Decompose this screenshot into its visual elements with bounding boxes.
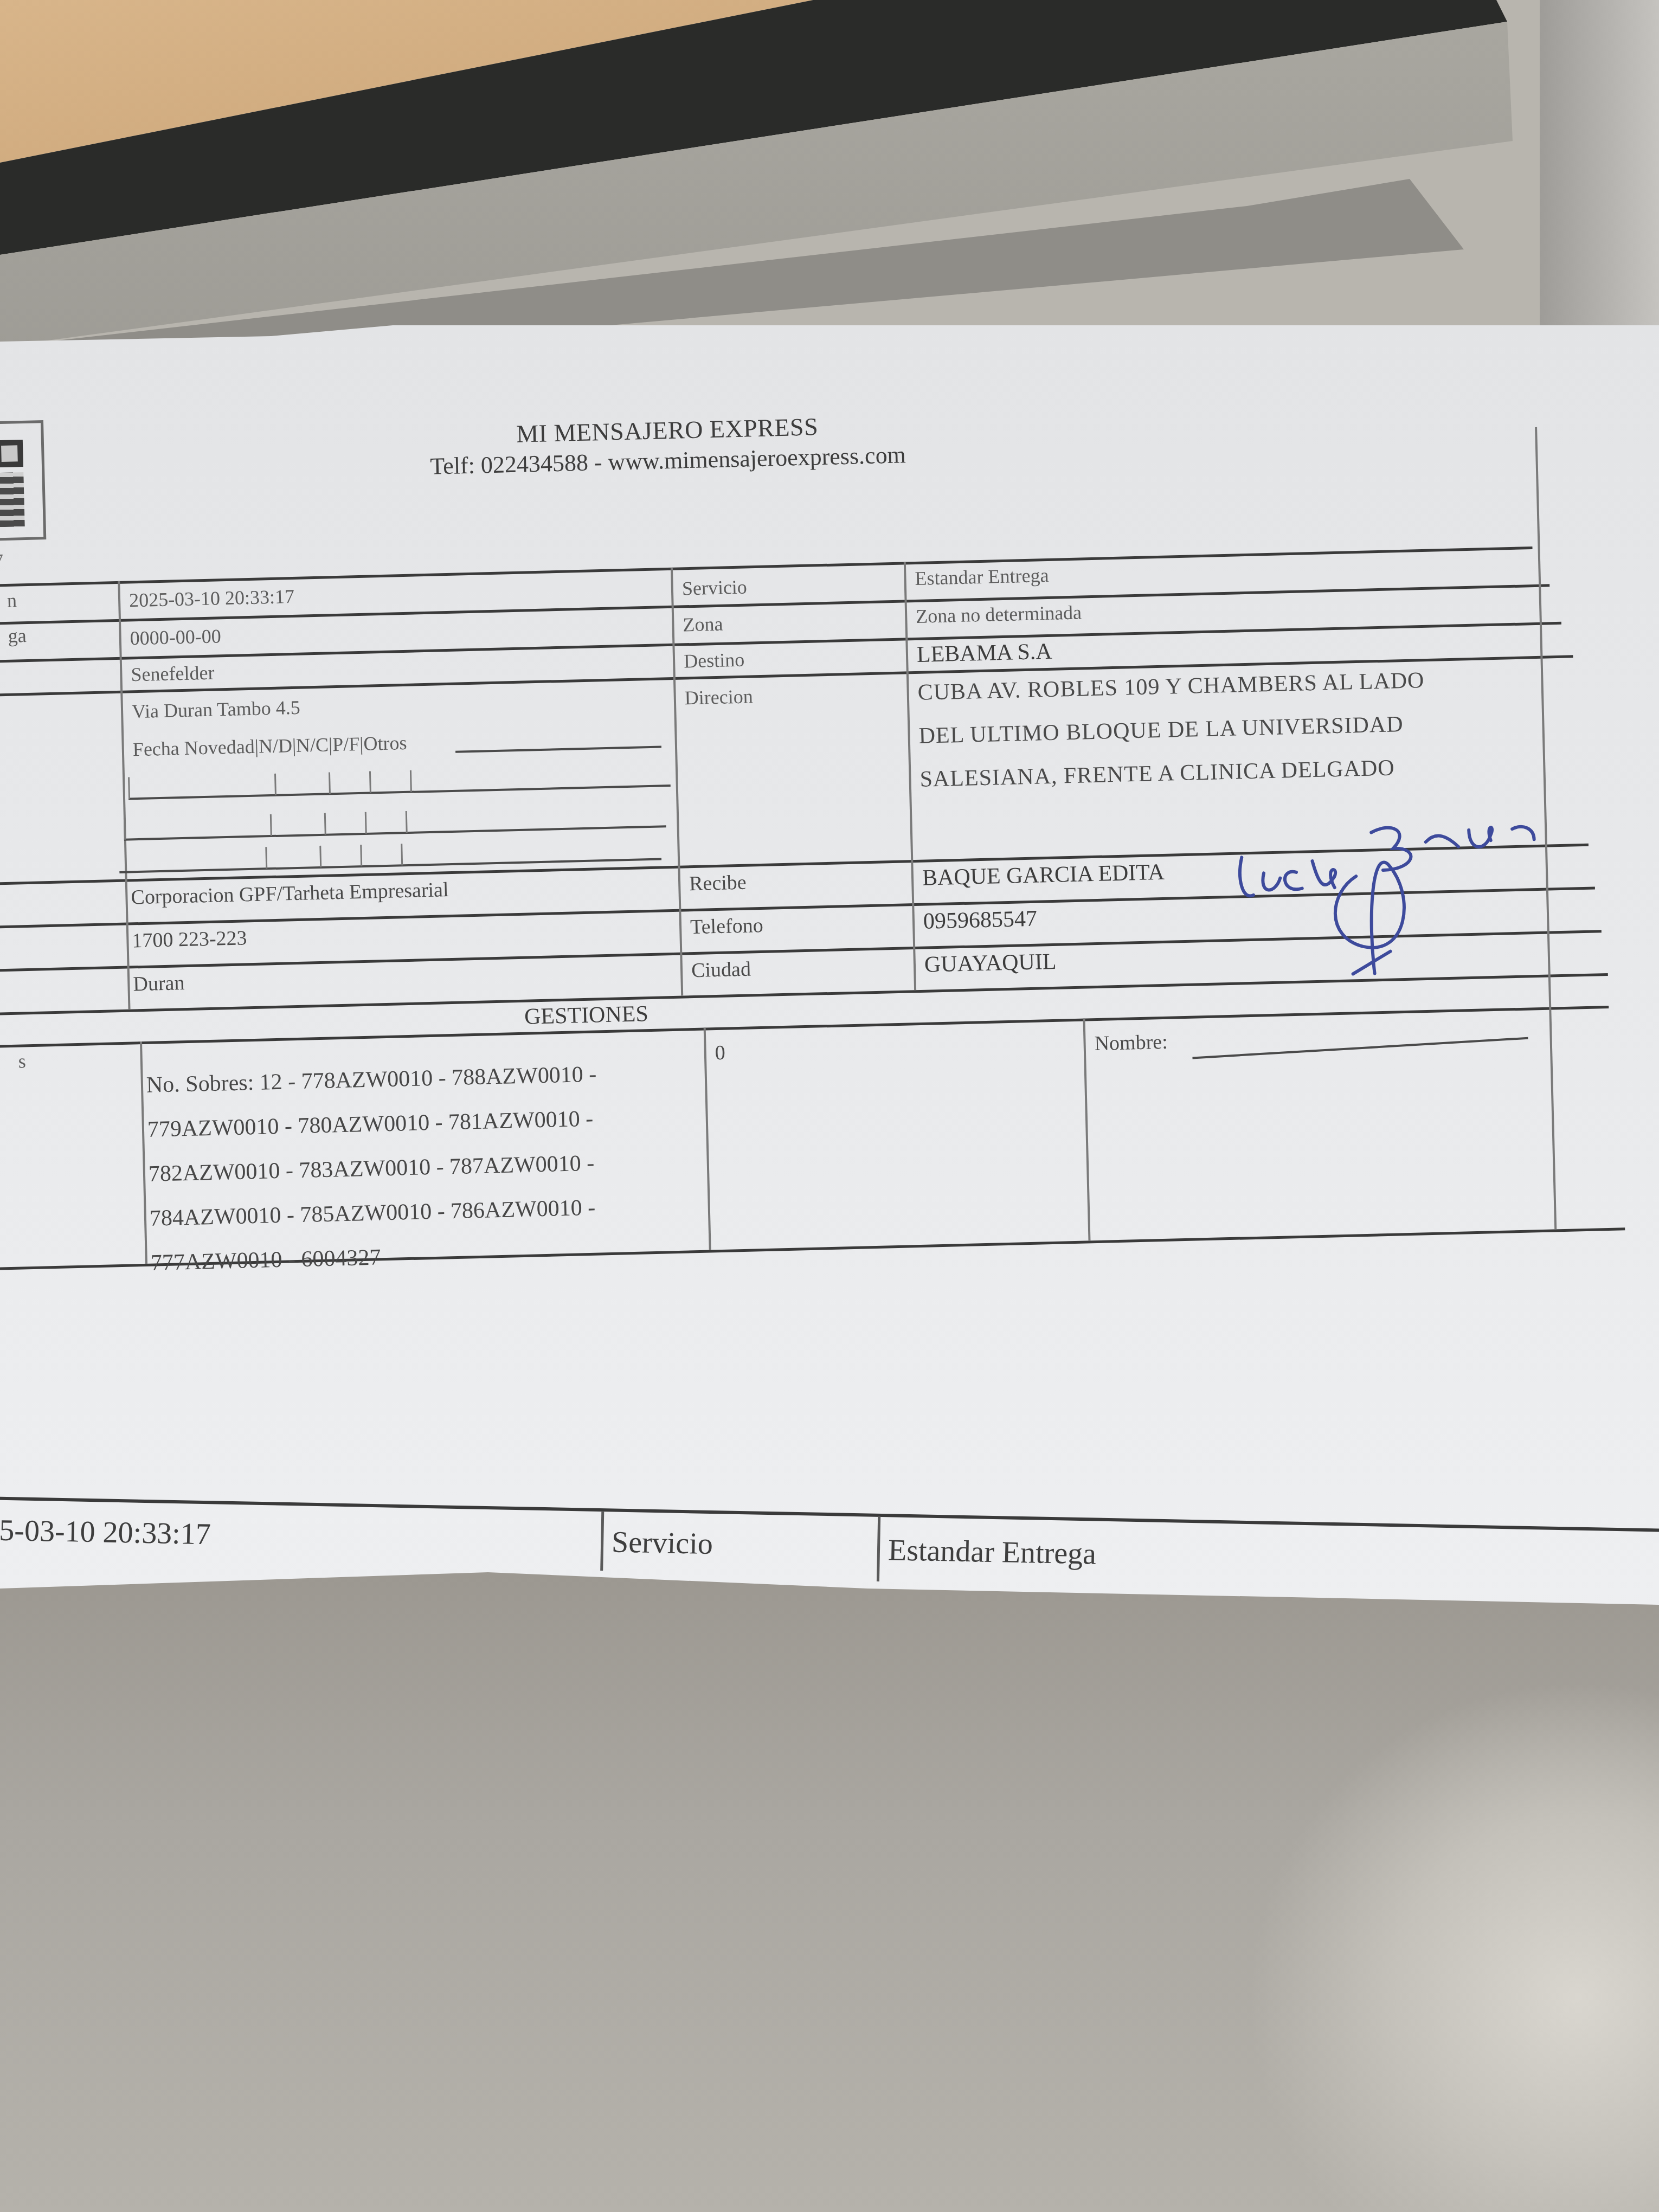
second-copy-servicio-label: Servicio <box>612 1525 713 1561</box>
telefono-label: Telefono <box>690 914 764 939</box>
gestiones-label-partial: s <box>18 1050 26 1072</box>
remitente-value: Senefelder <box>131 661 215 686</box>
fecha-novedad-blank <box>455 745 661 753</box>
tick <box>369 771 371 793</box>
servicio-value: Estandar Entrega <box>915 564 1049 590</box>
origen-direccion-value: Via Duran Tambo 4.5 <box>132 696 301 723</box>
fecha-novedad-label: Fecha Novedad|N/D|N/C|P/F|Otros <box>132 731 407 761</box>
direccion-line-1: CUBA AV. ROBLES 109 Y CHAMBERS AL LADO <box>917 667 1425 706</box>
tick <box>128 777 130 799</box>
entrega-label-partial: ga <box>8 624 27 647</box>
second-copy-fecha: 5-03-10 20:33:17 <box>0 1513 211 1552</box>
fecha-value: 2025-03-10 20:33:17 <box>129 585 295 612</box>
floor-stain <box>1247 1681 1659 2212</box>
recibe-value: BAQUE GARCIA EDITA <box>922 859 1165 891</box>
column-divider <box>1083 1018 1090 1240</box>
second-copy-servicio-value: Estandar Entrega <box>888 1533 1096 1571</box>
column-divider <box>877 1516 880 1581</box>
column-divider <box>671 568 683 996</box>
tick <box>324 813 326 835</box>
tick <box>360 845 362 866</box>
tick <box>329 772 331 794</box>
nombre-blank <box>1192 1037 1528 1059</box>
tick <box>319 846 321 867</box>
tick <box>410 770 412 792</box>
row-divider <box>0 622 1561 664</box>
gestiones-divider <box>0 1006 1609 1049</box>
sobres-list: No. Sobres: 12 - 778AZW0010 - 788AZW0010… <box>146 1050 693 1285</box>
nombre-label: Nombre: <box>1094 1030 1168 1056</box>
column-divider <box>904 562 916 990</box>
origen-telefono-value: 1700 223-223 <box>132 926 247 953</box>
table-top-border <box>0 546 1533 588</box>
tick <box>406 811 408 833</box>
destino-ciudad-value: GUAYAQUIL <box>924 949 1057 978</box>
origen-ciudad-value: Duran <box>133 971 185 996</box>
novedad-line-3 <box>119 858 661 873</box>
zona-value: Zona no determinada <box>916 601 1082 627</box>
destino-value: LEBAMA S.A <box>916 639 1052 668</box>
tick <box>365 812 367 834</box>
destino-label: Destino <box>684 648 745 673</box>
qr-code-icon <box>0 420 46 542</box>
tick <box>274 774 276 795</box>
delivery-guide: 127 MI MENSAJERO EXPRESS Telf: 022434588… <box>0 382 1654 1561</box>
qr-finder-pattern <box>0 440 23 467</box>
tick <box>265 847 267 869</box>
gestiones-value: 0 <box>715 1041 725 1065</box>
servicio-label: Servicio <box>681 576 747 600</box>
guide-number: 127 <box>0 549 4 575</box>
direccion-label: Direcion <box>684 685 753 709</box>
destino-telefono-value: 0959685547 <box>923 906 1037 935</box>
novedad-line-2 <box>124 825 666 840</box>
fecha-entrega-value: 0000-00-00 <box>130 625 221 650</box>
qr-bits <box>0 472 25 527</box>
tick <box>270 814 272 836</box>
direccion-line-3: SALESIANA, FRENTE A CLINICA DELGADO <box>919 755 1395 792</box>
direccion-line-2: DEL ULTIMO BLOQUE DE LA UNIVERSIDAD <box>918 711 1404 749</box>
fecha-label-partial: n <box>7 589 17 612</box>
ciudad-label: Ciudad <box>691 957 751 983</box>
novedad-line-1 <box>128 785 671 800</box>
column-divider <box>704 1028 711 1250</box>
cliente-value: Corporacion GPF/Tarheta Empresarial <box>131 878 449 909</box>
gestiones-title: GESTIONES <box>524 1001 649 1030</box>
recipient-signature <box>1230 805 1613 988</box>
document-header: MI MENSAJERO EXPRESS Telf: 022434588 - w… <box>314 407 1020 483</box>
zona-label: Zona <box>683 613 723 636</box>
tick <box>401 844 403 865</box>
column-divider <box>600 1511 604 1571</box>
recibe-label: Recibe <box>689 871 747 896</box>
